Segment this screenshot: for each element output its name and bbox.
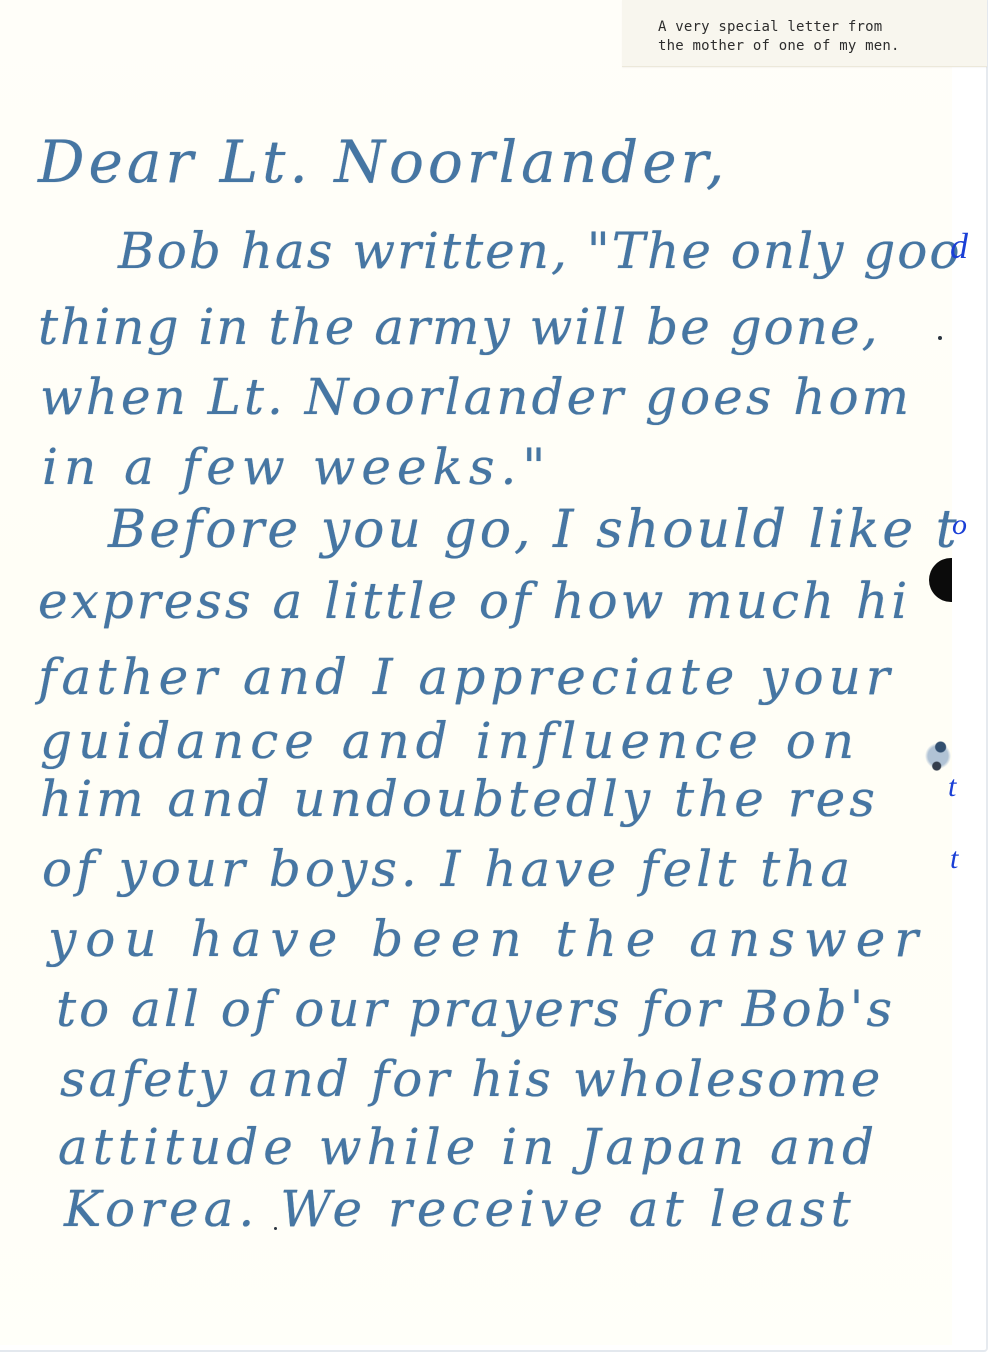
letter-line-12: to all of our prayers for Bob's: [56, 980, 895, 1038]
salutation: Dear Lt. Noorlander,: [38, 128, 728, 196]
correction-letter-o: o: [952, 510, 967, 540]
letter-line-3: when Lt. Noorlander goes hom: [40, 368, 912, 426]
ink-dot: [938, 336, 942, 340]
ink-smudge: [925, 738, 951, 774]
letter-line-7: father and I appreciate your: [38, 648, 895, 706]
letter-line-15: Korea. We receive at least: [64, 1180, 856, 1238]
letter-line-1: Bob has written, "The only goo: [118, 222, 961, 280]
letter-line-8: guidance and influence on: [40, 712, 860, 770]
ink-blot: [929, 558, 952, 602]
caption-line-1: A very special letter from: [658, 19, 882, 35]
scanned-letter: A very special letter from the mother of…: [0, 0, 952, 1345]
correction-letter-d: d: [950, 228, 968, 264]
letter-line-14: attitude while in Japan and: [58, 1118, 879, 1176]
letter-line-4: in a few weeks.": [42, 438, 551, 496]
ink-dot: [274, 1227, 277, 1230]
letter-line-9: him and undoubtedly the res: [40, 770, 879, 828]
letter-line-2: thing in the army will be gone,: [38, 298, 879, 356]
typed-caption-label: A very special letter from the mother of…: [622, 0, 987, 67]
letter-line-10: of your boys. I have felt tha: [42, 840, 854, 898]
letter-page: A very special letter from the mother of…: [0, 0, 988, 1352]
correction-letter-t: t: [948, 772, 956, 802]
correction-letter-t: t: [950, 844, 958, 874]
letter-line-13: safety and for his wholesome: [60, 1050, 883, 1108]
letter-line-11: you have been the answer: [48, 910, 927, 968]
letter-line-5: Before you go, I should like t: [108, 500, 960, 560]
letter-line-6: express a little of how much hi: [38, 572, 910, 630]
caption-line-2: the mother of one of my men.: [658, 38, 900, 54]
